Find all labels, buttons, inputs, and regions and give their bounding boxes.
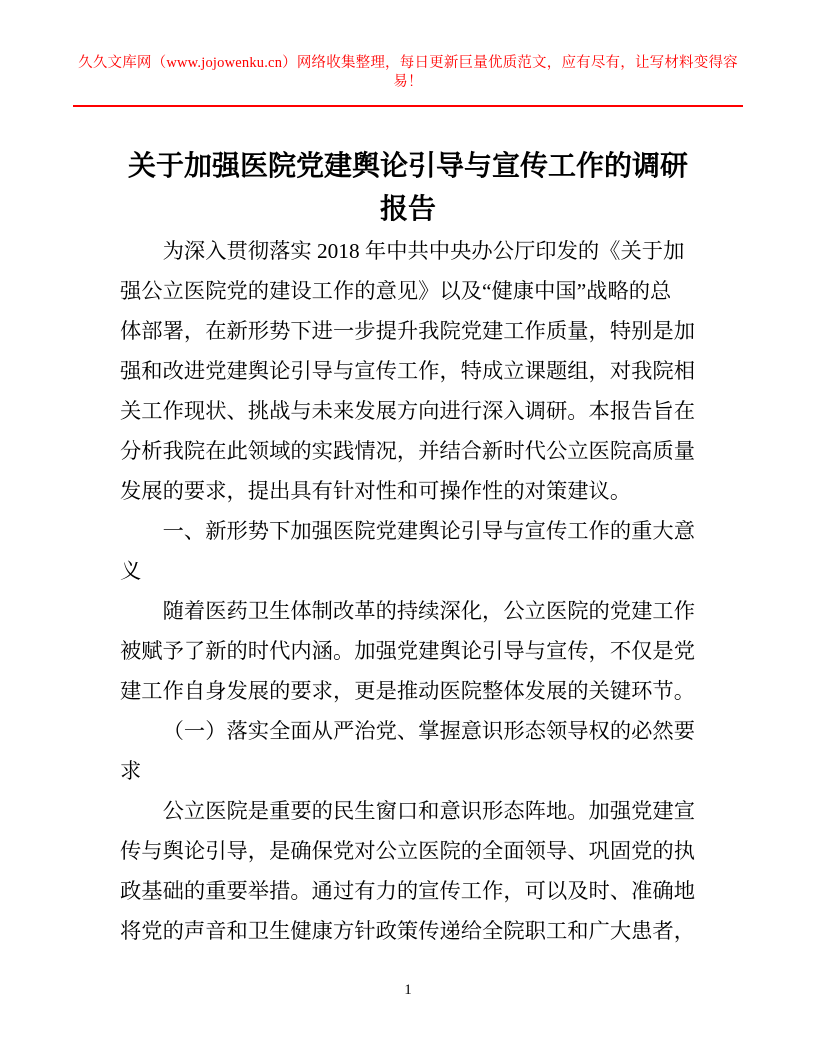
watermark-text: 久久文库网（www.jojowenku.cn）网络收集整理，每日更新巨量优质范文… bbox=[78, 55, 738, 90]
watermark-header: 久久文库网（www.jojowenku.cn）网络收集整理，每日更新巨量优质范文… bbox=[73, 54, 743, 107]
body-paragraph: 随着医药卫生体制改革的持续深化，公立医院的党建工作 被赋予了新的时代内涵。加强党… bbox=[120, 591, 696, 711]
page-number: 1 bbox=[404, 982, 412, 998]
body-paragraph: 公立医院是重要的民生窗口和意识形态阵地。加强党建宣 传与舆论引导，是确保党对公立… bbox=[120, 791, 696, 951]
document-page: 久久文库网（www.jojowenku.cn）网络收集整理，每日更新巨量优质范文… bbox=[0, 0, 816, 1056]
document-body: 为深入贯彻落实 2018 年中共中央办公厅印发的《关于加 强公立医院党的建设工作… bbox=[120, 231, 696, 951]
page-title: 关于加强医院党建舆论引导与宣传工作的调研 报告 bbox=[120, 0, 696, 231]
page-footer: 1 bbox=[0, 980, 816, 1000]
subsection-heading: （一）落实全面从严治党、掌握意识形态领导权的必然要 求 bbox=[120, 711, 696, 791]
body-paragraph: 为深入贯彻落实 2018 年中共中央办公厅印发的《关于加 强公立医院党的建设工作… bbox=[120, 231, 696, 511]
section-heading: 一、新形势下加强医院党建舆论引导与宣传工作的重大意 义 bbox=[120, 511, 696, 591]
